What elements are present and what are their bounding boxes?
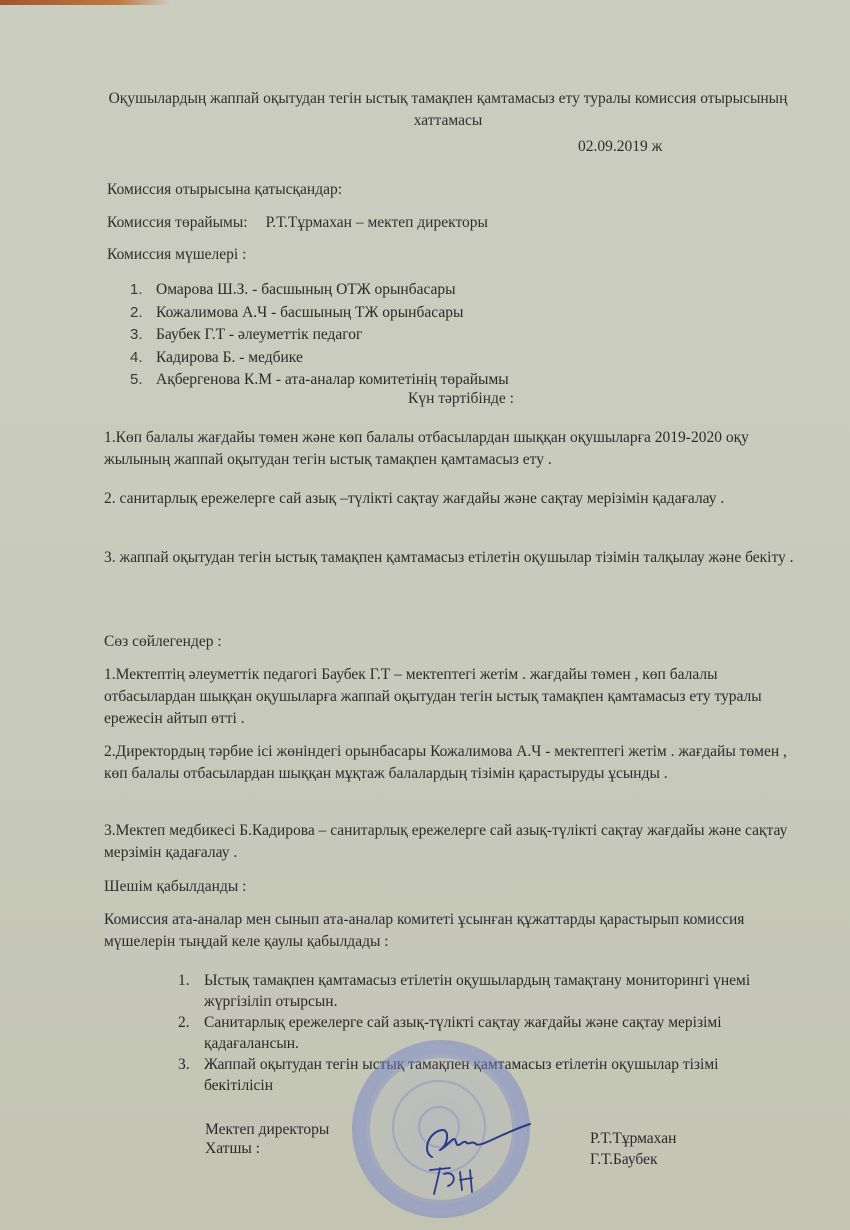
agenda-label: Күн тәртібінде : — [408, 389, 514, 409]
list-item: 1.Ыстық тамақпен қамтамасыз етілетін оқу… — [178, 970, 788, 1012]
handwritten-signature — [410, 1112, 550, 1202]
chair-label: Комиссия төрайымы: — [107, 214, 248, 231]
chair-line: Комиссия төрайымы:Р.Т.Тұрмахан – мектеп … — [107, 213, 488, 233]
agenda-item: 1.Көп балалы жағдайы төмен және көп бала… — [104, 427, 804, 471]
speaker-item: 1.Мектептің әлеуметтік педагогі Баубек Г… — [104, 664, 794, 730]
members-label: Комиссия мүшелері : — [107, 245, 246, 265]
agenda-item: 2. санитарлық ережелерге сай азық –түлік… — [104, 488, 794, 510]
chair-value: Р.Т.Тұрмахан – мектеп директоры — [266, 214, 488, 231]
document-title: Оқушылардың жаппай оқытудан тегін ыстық … — [108, 88, 788, 132]
agenda-item: 3. жаппай оқытудан тегін ыстық тамақпен … — [104, 547, 804, 569]
speaker-item: 2.Директордың тәрбие ісі жөніндегі орынб… — [104, 741, 794, 785]
secretary-label: Хатшы : — [205, 1139, 329, 1158]
speaker-item: 3.Мектеп медбикесі Б.Кадирова – санитарл… — [104, 820, 804, 864]
director-name: Р.Т.Тұрмахан — [590, 1128, 676, 1149]
list-item: 4.Кадирова Б. - медбике — [130, 347, 509, 370]
list-item: 2.Кожалимова А.Ч - басшының ТЖ орынбасар… — [130, 302, 509, 325]
list-item: 3.Баубек Г.Т - әлеуметтік педагог — [130, 324, 509, 347]
document-date: 02.09.2019 ж — [578, 137, 662, 157]
list-item: 3.Жаппай оқытудан тегін ыстық тамақпен қ… — [178, 1054, 788, 1096]
members-list: 1.Омарова Ш.З. - басшының ОТЖ орынбасары… — [130, 279, 509, 392]
list-item: 2.Санитарлық ережелерге сай азық-түлікті… — [178, 1012, 788, 1054]
director-label: Мектеп директоры — [205, 1120, 329, 1139]
participants-label: Комиссия отырысына қатысқандар: — [107, 180, 342, 200]
decision-intro: Комиссия ата-аналар мен сынып ата-аналар… — [104, 909, 794, 953]
secretary-name: Г.Т.Баубек — [590, 1149, 676, 1170]
signature-names: Р.Т.Тұрмахан Г.Т.Баубек — [590, 1128, 676, 1170]
document-page: Оқушылардың жаппай оқытудан тегін ыстық … — [0, 0, 850, 1230]
resolutions-list: 1.Ыстық тамақпен қамтамасыз етілетін оқу… — [178, 970, 788, 1096]
signature-labels: Мектеп директоры Хатшы : — [205, 1120, 329, 1158]
emblem-icon — [418, 1106, 460, 1148]
list-item: 1.Омарова Ш.З. - басшының ОТЖ орынбасары — [130, 279, 509, 302]
speakers-label: Сөз сөйлегендер : — [104, 632, 222, 652]
decision-label: Шешім қабылданды : — [104, 877, 246, 897]
